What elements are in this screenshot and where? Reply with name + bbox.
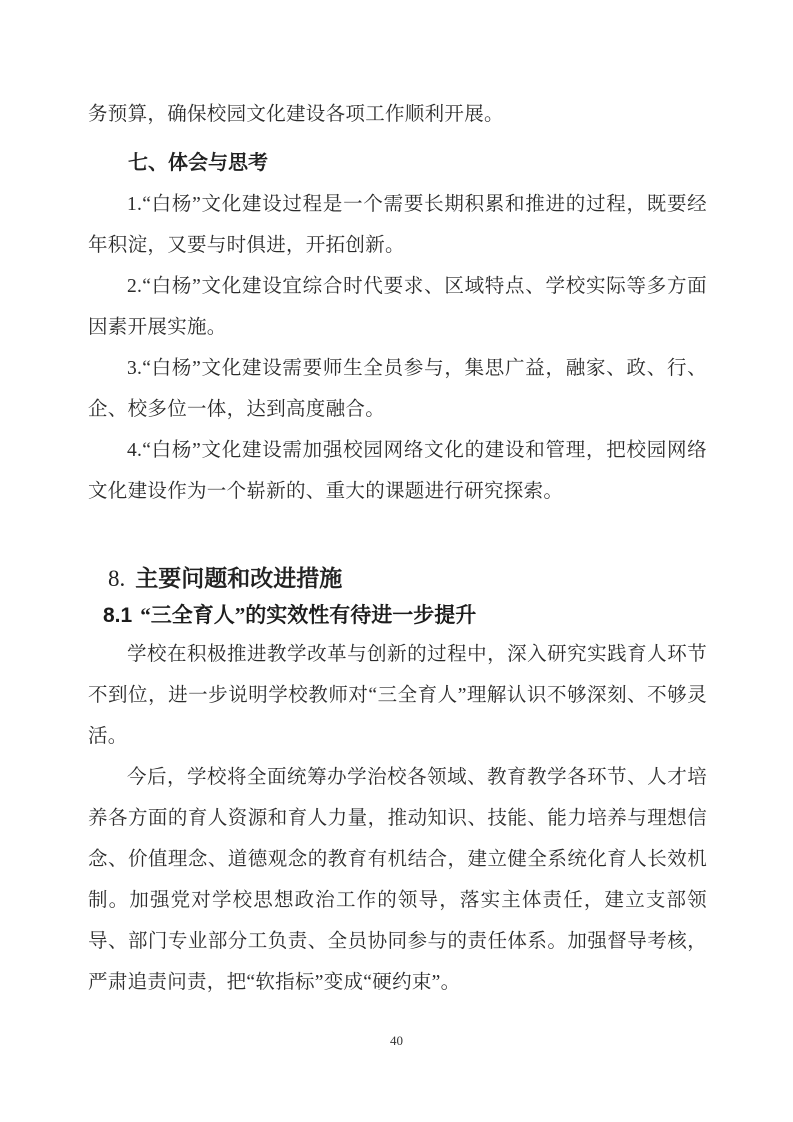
section-7-point-3: 3.“白杨”文化建设需要师生全员参与，集思广益，融家、政、行、企、校多位一体，达…: [88, 348, 707, 430]
document-body: 务预算，确保校园文化建设各项工作顺利开展。 七、体会与思考 1.“白杨”文化建设…: [88, 94, 707, 1003]
page-number: 40: [0, 1033, 793, 1049]
section-8-1-heading: 8.1“三全育人”的实效性有待进一步提升: [88, 597, 707, 634]
paragraph-continuation: 务预算，确保校园文化建设各项工作顺利开展。: [88, 94, 707, 135]
section-8-number: 8.: [108, 566, 125, 591]
section-8-1-title: “三全育人”的实效性有待进一步提升: [140, 603, 476, 627]
section-8-title: 主要问题和改进措施: [135, 565, 342, 591]
section-8-1-paragraph-1: 学校在积极推进教学改革与创新的过程中，深入研究实践育人环节不到位，进一步说明学校…: [88, 634, 707, 757]
section-7-heading: 七、体会与思考: [88, 143, 707, 184]
section-8-1-number: 8.1: [103, 604, 132, 627]
section-8-heading: 8.主要问题和改进措施: [88, 560, 707, 597]
section-8-1-paragraph-2: 今后，学校将全面统筹办学治校各领域、教育教学各环节、人才培养各方面的育人资源和育…: [88, 757, 707, 1003]
section-7-point-4: 4.“白杨”文化建设需加强校园网络文化的建设和管理，把校园网络文化建设作为一个崭…: [88, 430, 707, 512]
section-7-point-1: 1.“白杨”文化建设过程是一个需要长期积累和推进的过程，既要经年积淀，又要与时俱…: [88, 184, 707, 266]
document-page: 务预算，确保校园文化建设各项工作顺利开展。 七、体会与思考 1.“白杨”文化建设…: [0, 0, 793, 1122]
section-7-point-2: 2.“白杨”文化建设宜综合时代要求、区域特点、学校实际等多方面因素开展实施。: [88, 266, 707, 348]
